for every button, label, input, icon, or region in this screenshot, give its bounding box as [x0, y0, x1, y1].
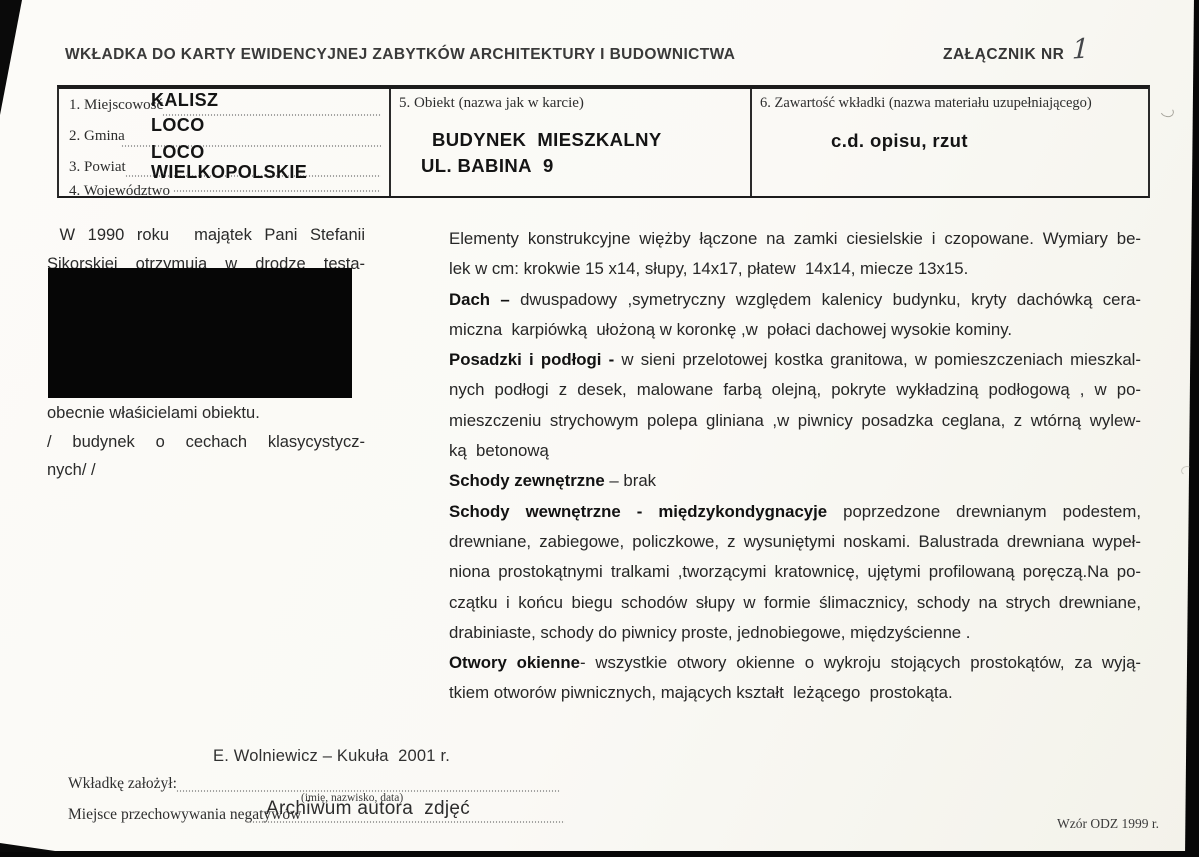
text-line: nych/ / [47, 456, 365, 485]
cell-object: 5. Obiekt (nazwa jak w karcie) BUDYNEK M… [391, 89, 750, 192]
text-line: / budynek o cechach klasycystycz- [47, 428, 365, 457]
field-label-powiat: 3. Powiat [69, 159, 126, 176]
text-line: niona prostokątnymi tralkami ,tworzącymi… [449, 557, 1141, 587]
field-value-miejscowosc: KALISZ [151, 90, 218, 111]
text-line: tkiem otworów piwnicznych, mających kszt… [449, 678, 1141, 708]
text-line: W 1990 roku majątek Pani Stefanii [47, 221, 365, 250]
pencil-mark-artifact [1159, 104, 1176, 119]
text-line: lek w cm: krokwie 15 x14, słupy, 14x17, … [449, 254, 1141, 284]
object-value-line1: BUDYNEK MIESZKALNY [432, 129, 662, 151]
dotted-line-negatives [246, 821, 565, 823]
scan-edge-bottom-left [0, 843, 62, 852]
text-line: miczna karpiówką ułożoną w koronkę ,w po… [449, 315, 1141, 345]
author-signature: E. Wolniewicz – Kukuła 2001 r. [213, 747, 450, 766]
field-value-wojewodztwo: WIELKOPOLSKIE [151, 162, 307, 183]
form-table: 1. Miejscowość 2. Gmina 3. Powiat 4. Woj… [57, 85, 1150, 198]
document-title: WKŁADKA DO KARTY EWIDENCYJNEJ ZABYTKÓW A… [65, 46, 735, 64]
scan-edge-right [1185, 0, 1199, 857]
object-value-line2: UL. BABINA 9 [421, 155, 554, 177]
content-label: 6. Zawartość wkładki (nazwa materiału uz… [760, 95, 1092, 112]
main-description-text: Elementy konstrukcyjne więżby łączone na… [449, 224, 1141, 709]
template-version-note: Wzór ODZ 1999 r. [1057, 816, 1159, 832]
scan-edge-bottom [0, 851, 1199, 857]
scanned-document-page: WKŁADKA DO KARTY EWIDENCYJNEJ ZABYTKÓW A… [0, 0, 1199, 857]
dotted-line [173, 190, 381, 192]
text-line: obecnie właśicielami obiektu. [47, 399, 365, 428]
text-line: Dach – dwuspadowy ,symetryczny względem … [449, 285, 1141, 315]
cell-location: 1. Miejscowość 2. Gmina 3. Powiat 4. Woj… [59, 89, 389, 192]
attachment-number-handwritten: 1 [1071, 33, 1089, 65]
field-label-gmina: 2. Gmina [69, 128, 125, 145]
text-line: mieszczeniu strychowym polepa gliniana ,… [449, 406, 1141, 436]
attachment-label: ZAŁĄCZNIK NR [943, 46, 1064, 64]
founder-label: Wkładkę założył: [68, 775, 177, 793]
text-line: Otwory okienne- wszystkie otwory okienne… [449, 648, 1141, 678]
text-line: Schody wewnętrzne - międzykondygnacyje p… [449, 497, 1141, 527]
text-line: Posadzki i podłogi - w sieni przelotowej… [449, 345, 1141, 375]
content-value: c.d. opisu, rzut [831, 130, 968, 152]
text-line: Elementy konstrukcyjne więżby łączone na… [449, 224, 1141, 254]
field-label-miejscowosc: 1. Miejscowość [69, 97, 163, 114]
text-line: czątku i końcu biegu schodów słupy w for… [449, 588, 1141, 618]
cell-insert-content: 6. Zawartość wkładki (nazwa materiału uz… [752, 89, 1148, 192]
field-value-gmina: LOCO [151, 115, 205, 136]
field-value-powiat: LOCO [151, 142, 205, 163]
text-line: drewniane, zabiegowe, policzkowe, z wysu… [449, 527, 1141, 557]
text-line: drabiniaste, schody do piwnicy proste, j… [449, 618, 1141, 648]
text-line: nych podłogi z desek, malowane farbą ole… [449, 375, 1141, 405]
redacted-black-box [48, 268, 352, 398]
field-label-wojewodztwo: 4. Województwo [69, 183, 170, 200]
object-label: 5. Obiekt (nazwa jak w karcie) [399, 95, 584, 112]
text-line: ką betonową [449, 436, 1141, 466]
scan-edge-top-left [0, 0, 22, 115]
negatives-value: Archiwum autora zdjęć [266, 798, 470, 820]
left-column-paragraph-bottom: obecnie właśicielami obiektu./ budynek o… [47, 399, 365, 485]
text-line: Schody zewnętrzne – brak [449, 466, 1141, 496]
